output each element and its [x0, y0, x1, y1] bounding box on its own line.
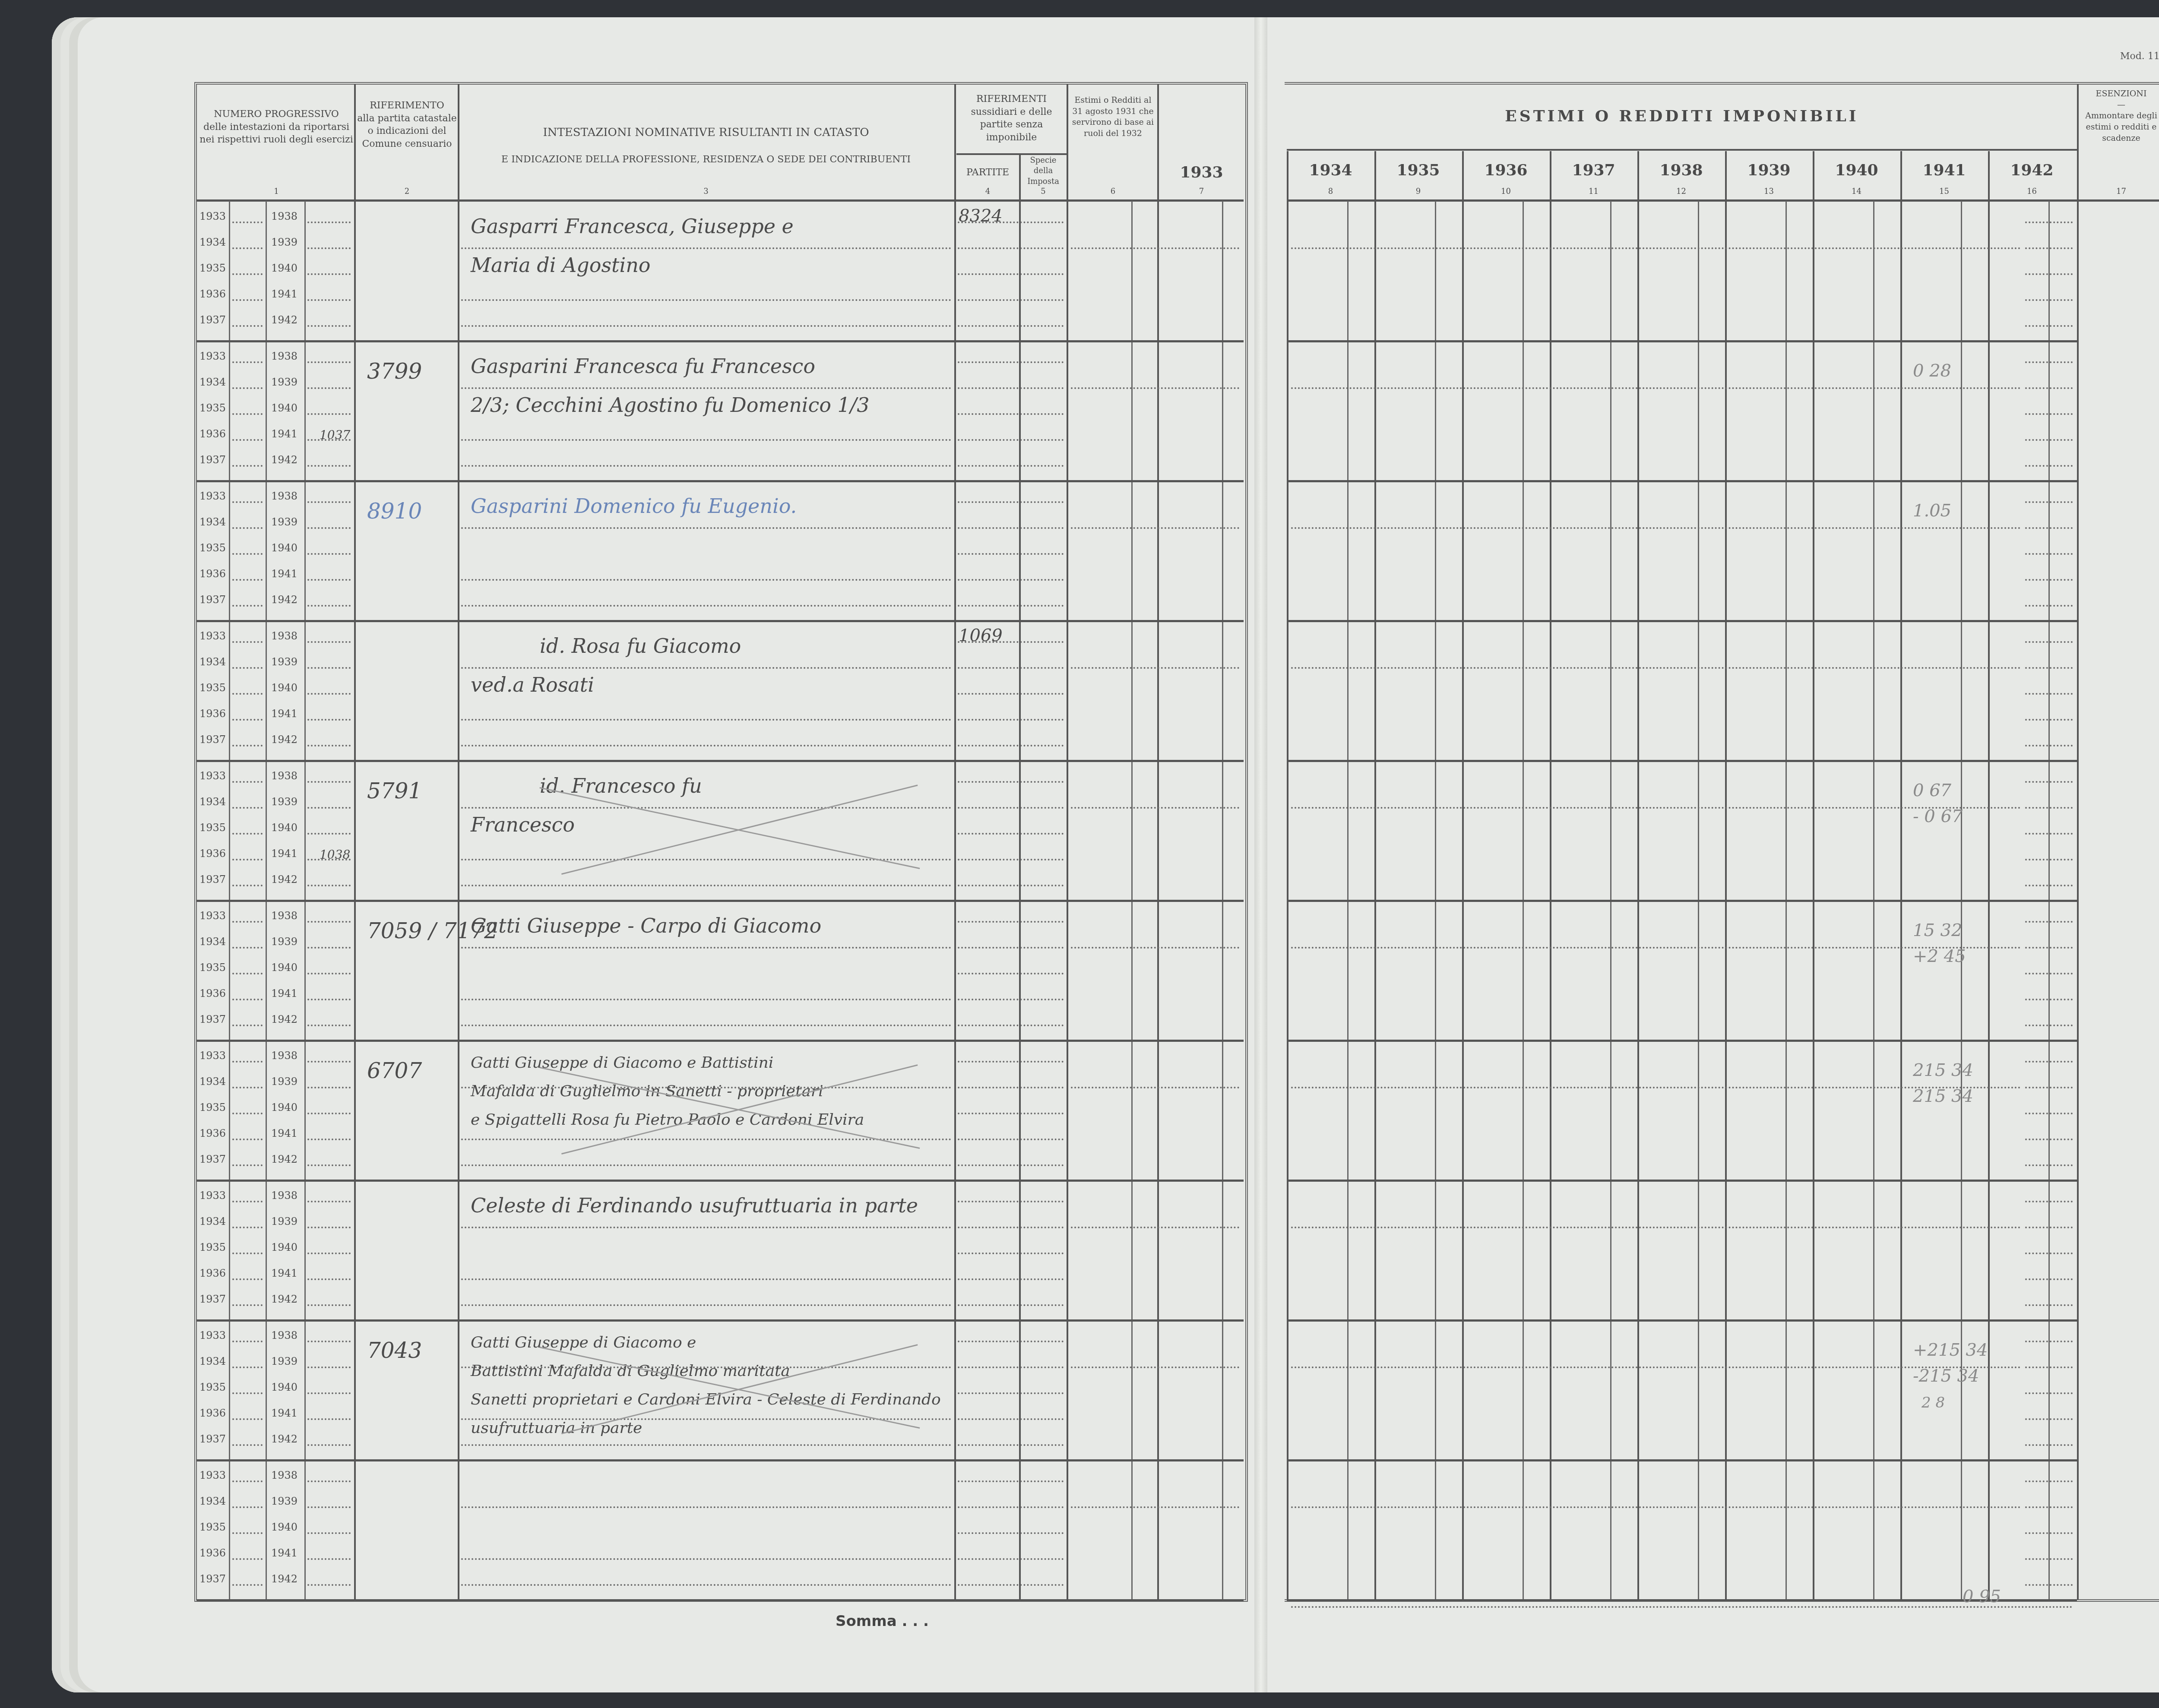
dotted-line	[307, 1201, 351, 1202]
name-guide-line	[461, 325, 951, 327]
dotted-line	[2025, 501, 2073, 503]
dotted-line	[958, 1139, 1064, 1140]
dotted-line	[2025, 947, 2073, 949]
year-label: 1938	[271, 1469, 298, 1481]
dotted-line	[2025, 667, 2073, 669]
dotted-line	[232, 719, 263, 721]
dotted-line	[232, 1558, 263, 1560]
year-col-number: 9	[1374, 187, 1462, 197]
year-label: 1939	[271, 236, 298, 248]
dotted-line	[2025, 1392, 2073, 1394]
dotted-line	[958, 1444, 1064, 1446]
year-label: 1933	[199, 350, 226, 362]
entry-divider	[1287, 620, 2077, 622]
year-label: 1938	[271, 1050, 298, 1062]
dotted-line	[958, 833, 1064, 835]
dotted-line	[307, 1366, 351, 1368]
dotted-line	[232, 1444, 263, 1446]
dotted-line	[307, 973, 351, 974]
somma-value-1941: 0 95	[1963, 1587, 2001, 1607]
name-guide-line	[461, 387, 951, 389]
dotted-line	[232, 1087, 263, 1088]
year-label: 1934	[199, 236, 226, 248]
dotted-line	[307, 605, 351, 607]
dotted-line	[1291, 947, 2021, 949]
year-label: 1934	[199, 516, 226, 528]
dotted-line	[2025, 807, 2073, 809]
name-guide-line	[461, 745, 951, 746]
right-table-frame	[1285, 82, 2159, 1602]
dotted-line	[958, 1341, 1064, 1342]
dotted-line	[307, 1418, 351, 1420]
entry-divider	[1287, 1040, 2077, 1042]
dotted-line	[1071, 1087, 1239, 1088]
year-label: 1942	[271, 1573, 298, 1585]
col-line	[354, 84, 356, 1600]
year-label: 1941	[271, 987, 298, 999]
year-label: 1941	[271, 288, 298, 300]
taxpayer-name-line: ved.a Rosati	[471, 673, 594, 696]
value-1941-adjustment: - 0 67	[1913, 807, 1963, 826]
dotted-line	[232, 1532, 263, 1534]
dotted-line	[307, 1113, 351, 1114]
entry-divider	[1287, 340, 2077, 342]
name-guide-line	[461, 1304, 951, 1306]
dotted-line	[2025, 579, 2073, 581]
entry-divider	[196, 340, 1244, 342]
col-line	[954, 84, 956, 1600]
dotted-line	[307, 387, 351, 389]
year-label: 1938	[271, 630, 298, 642]
dotted-line	[307, 1480, 351, 1482]
year-label: 1934	[199, 1215, 226, 1227]
partita-reference: 6707	[367, 1058, 422, 1083]
year-label: 1936	[199, 1547, 226, 1559]
name-guide-line	[461, 465, 951, 467]
dotted-line	[2025, 999, 2073, 1000]
dotted-line	[307, 1584, 351, 1586]
taxpayer-name-line: Gasparini Francesca fu Francesco	[471, 354, 815, 378]
dotted-line	[958, 885, 1064, 886]
year-label: 1941	[271, 1267, 298, 1279]
taxpayer-name-line: Celeste di Ferdinando usufruttuaria in p…	[471, 1194, 918, 1217]
dotted-line	[1291, 247, 2021, 249]
dotted-line	[2025, 885, 2073, 886]
year-label: 1937	[199, 314, 226, 326]
col1-sub: delle intestazioni da riportarsi nei ris…	[199, 121, 354, 146]
esenzioni-header: ESENZIONI — Ammontare degli estimi o red…	[2079, 89, 2159, 144]
dotted-line	[232, 527, 263, 529]
dotted-line	[232, 1139, 263, 1140]
dotted-line	[1291, 387, 2021, 389]
dotted-line	[2025, 325, 2073, 327]
dotted-line	[1291, 667, 2021, 669]
dotted-line	[958, 921, 1064, 923]
taxpayer-name-line: 2/3; Cecchini Agostino fu Domenico 1/3	[471, 393, 870, 417]
entry-divider	[1287, 1599, 2077, 1601]
col7-year-1933: 1933	[1159, 162, 1244, 183]
dotted-line	[1291, 1506, 2021, 1508]
dotted-line	[307, 641, 351, 643]
year-label: 1934	[199, 936, 226, 948]
year-label: 1937	[199, 454, 226, 466]
dotted-line	[2025, 1113, 2073, 1114]
year-label: 1935	[199, 1521, 226, 1533]
dotted-line	[307, 1278, 351, 1280]
dotted-line	[232, 693, 263, 695]
entry-divider	[196, 1040, 1244, 1042]
year-label: 1935	[199, 962, 226, 974]
name-guide-line	[461, 579, 951, 581]
dotted-line	[232, 745, 263, 746]
year-label: 1934	[199, 1355, 226, 1367]
year-label: 1935	[199, 262, 226, 274]
year-label: 1940	[271, 1381, 298, 1393]
dotted-line	[232, 579, 263, 581]
entry-divider	[1287, 1180, 2077, 1182]
dotted-line	[958, 1532, 1064, 1534]
dotted-line	[2025, 273, 2073, 275]
value-1941-result: 2 8	[1922, 1394, 1945, 1411]
year-label: 1941	[271, 1407, 298, 1419]
year-label: 1939	[271, 376, 298, 388]
estimi-group-title: ESTIMI O REDDITI IMPONIBILI	[1287, 106, 2077, 127]
year-header-1942: 1942	[1988, 160, 2076, 181]
year-label: 1942	[271, 1153, 298, 1165]
partite-value: 1069	[959, 626, 1003, 645]
year-label: 1937	[199, 873, 226, 886]
value-1941: +215 34	[1913, 1340, 1988, 1360]
entry-divider	[196, 620, 1244, 622]
year-label: 1941	[271, 708, 298, 720]
dotted-line	[307, 273, 351, 275]
name-guide-line	[461, 885, 951, 886]
col1-number: 1	[199, 187, 354, 197]
dotted-line	[307, 501, 351, 503]
value-1941: 0 67	[1913, 781, 1951, 800]
dotted-line	[2025, 973, 2073, 974]
header-divider	[1287, 199, 2159, 202]
dotted-line	[307, 693, 351, 695]
col3-title: INTESTAZIONI NOMINATIVE RISULTANTI IN CA…	[460, 125, 952, 140]
entry-divider	[196, 480, 1244, 482]
year-label: 1934	[199, 1495, 226, 1507]
year-label: 1934	[199, 796, 226, 808]
entry-divider	[196, 1319, 1244, 1322]
taxpayer-name-line: Gatti Giuseppe di Giacomo e	[471, 1334, 696, 1351]
name-guide-line	[461, 1584, 951, 1586]
year-header-1939: 1939	[1725, 160, 1813, 181]
dotted-line	[1071, 667, 1239, 669]
col-line	[1287, 151, 1288, 1600]
year-label: 1935	[199, 1241, 226, 1253]
year-label: 1936	[199, 568, 226, 580]
year-label: 1937	[199, 594, 226, 606]
dotted-line	[958, 1113, 1064, 1114]
dotted-line	[2025, 1087, 2073, 1088]
partite-value: 8324	[959, 206, 1003, 226]
dotted-line	[232, 859, 263, 860]
dotted-line	[232, 553, 263, 555]
dotted-line	[1071, 1366, 1239, 1368]
dotted-line	[1291, 1366, 2021, 1368]
dotted-line	[1291, 807, 2021, 809]
dotted-line	[1071, 527, 1239, 529]
dotted-line	[2025, 553, 2073, 555]
dotted-line	[2025, 247, 2073, 249]
year-label: 1934	[199, 656, 226, 668]
col-line	[1462, 151, 1464, 1600]
year-label: 1940	[271, 1241, 298, 1253]
dotted-line	[232, 1480, 263, 1482]
dotted-line	[958, 1366, 1064, 1368]
name-guide-line	[461, 605, 951, 607]
dotted-line	[307, 1532, 351, 1534]
dotted-line	[2025, 1532, 2073, 1534]
year-col-number: 16	[1988, 187, 2076, 197]
year-label: 1936	[199, 288, 226, 300]
dotted-line	[232, 361, 263, 363]
name-guide-line	[461, 1444, 951, 1446]
dotted-line	[1071, 1506, 1239, 1508]
year-label: 1941	[271, 848, 298, 860]
dotted-line	[2025, 1558, 2073, 1560]
value-1941-adjustment: -215 34	[1913, 1366, 1979, 1386]
name-guide-line	[461, 667, 951, 669]
year-label: 1933	[199, 490, 226, 502]
col-line	[1019, 153, 1021, 1600]
dotted-line	[1071, 1227, 1239, 1228]
year-label: 1935	[199, 822, 226, 834]
dotted-line	[958, 325, 1064, 327]
taxpayer-name-line: Francesco	[471, 813, 575, 836]
dotted-line	[958, 299, 1064, 301]
taxpayer-name-line: Sanetti proprietari e Cardoni Elvira - C…	[471, 1391, 941, 1408]
year-col-number: 8	[1287, 187, 1374, 197]
dotted-line	[958, 781, 1064, 783]
dotted-line	[232, 1366, 263, 1368]
year-label: 1936	[199, 1127, 226, 1139]
dotted-line	[232, 999, 263, 1000]
dotted-line	[958, 859, 1064, 860]
dotted-line	[232, 973, 263, 974]
col2-title: RIFERIMENTO	[356, 99, 458, 112]
year-col-number: 13	[1725, 187, 1813, 197]
col-line	[2077, 84, 2079, 1600]
year-label: 1942	[271, 454, 298, 466]
esenzioni-title: ESENZIONI	[2079, 89, 2159, 100]
dotted-line	[958, 1025, 1064, 1026]
year-label: 1940	[271, 682, 298, 694]
dotted-line	[232, 1164, 263, 1166]
col1-header: NUMERO PROGRESSIVO delle intestazioni da…	[199, 108, 354, 146]
year-label: 1937	[199, 1013, 226, 1025]
dotted-line	[1291, 1227, 2021, 1228]
dotted-line	[958, 667, 1064, 669]
taxpayer-name-line: Mafalda di Guglielmo in Sanetti - propri…	[471, 1082, 823, 1100]
dotted-line	[2025, 465, 2073, 467]
dotted-line	[232, 1278, 263, 1280]
taxpayer-name-line: Maria di Agostino	[471, 253, 651, 277]
taxpayer-name-line: Gasparini Domenico fu Eugenio.	[471, 494, 797, 518]
dotted-line	[232, 807, 263, 809]
year-header-1938: 1938	[1637, 160, 1725, 181]
taxpayer-name-line: Gasparri Francesca, Giuseppe e	[471, 215, 794, 238]
taxpayer-name-line: usufruttuaria in parte	[471, 1419, 642, 1437]
somma-label: Somma . . .	[836, 1613, 929, 1630]
year-label: 1933	[199, 1469, 226, 1481]
value-1941: 15 32	[1913, 920, 1963, 940]
dotted-line	[958, 973, 1064, 974]
year-label: 1942	[271, 1433, 298, 1445]
year-col-number: 15	[1900, 187, 1988, 197]
dotted-line	[307, 1025, 351, 1026]
name-guide-line	[461, 719, 951, 721]
col45-title: RIFERIMENTI	[956, 93, 1067, 106]
entry-divider	[196, 900, 1244, 902]
dotted-line	[2025, 527, 2073, 529]
dotted-line	[2025, 413, 2073, 415]
dotted-line	[1071, 387, 1239, 389]
year-label: 1935	[199, 402, 226, 414]
year-label: 1936	[199, 1267, 226, 1279]
col6-number: 6	[1069, 187, 1157, 197]
dotted-line	[232, 885, 263, 886]
dotted-line	[2025, 1506, 2073, 1508]
entry-divider	[196, 1180, 1244, 1182]
year-label: 1934	[199, 376, 226, 388]
dotted-line	[307, 527, 351, 529]
dotted-line	[2025, 1304, 2073, 1306]
year-label: 1936	[199, 848, 226, 860]
dotted-line	[2025, 719, 2073, 721]
name-guide-line	[461, 1164, 951, 1166]
dotted-line	[307, 781, 351, 783]
col-line	[1067, 84, 1068, 1600]
year-label: 1938	[271, 910, 298, 922]
dotted-line	[232, 273, 263, 275]
dotted-line	[958, 1558, 1064, 1560]
dotted-line	[307, 325, 351, 327]
entry-divider	[196, 1459, 1244, 1461]
dotted-line	[2025, 745, 2073, 746]
year-label: 1941	[271, 428, 298, 440]
dotted-line	[307, 1304, 351, 1306]
dotted-line	[232, 1253, 263, 1254]
dotted-line	[307, 553, 351, 555]
dotted-line	[307, 745, 351, 746]
col2-number: 2	[356, 187, 458, 197]
dotted-line	[1291, 527, 2021, 529]
year-header-1936: 1936	[1462, 160, 1550, 181]
dotted-line	[2025, 1253, 2073, 1254]
taxpayer-name-line: e Spigattelli Rosa fu Pietro Paolo e Car…	[471, 1111, 864, 1129]
year-label: 1939	[271, 796, 298, 808]
dotted-line	[958, 605, 1064, 607]
dotted-line	[2025, 1341, 2073, 1342]
col3-sub: E INDICAZIONE DELLA PROFESSIONE, RESIDEN…	[460, 153, 952, 166]
dotted-line	[958, 1278, 1064, 1280]
dotted-line	[232, 781, 263, 783]
dotted-line	[958, 439, 1064, 441]
dotted-line	[958, 947, 1064, 949]
dotted-line	[958, 1506, 1064, 1508]
year-label: 1938	[271, 490, 298, 502]
group-divider	[1287, 149, 2077, 151]
dotted-line	[958, 553, 1064, 555]
year-label: 1935	[199, 1381, 226, 1393]
dotted-line	[307, 833, 351, 835]
dotted-line	[307, 1444, 351, 1446]
col5-number: 5	[1020, 187, 1067, 197]
col7-number: 7	[1159, 187, 1244, 197]
entry-divider	[196, 760, 1244, 762]
year-label: 1940	[271, 1101, 298, 1113]
col2-sub: alla partita catastale o indicazioni del…	[356, 112, 458, 151]
year-col-number: 12	[1637, 187, 1725, 197]
name-guide-line	[461, 1227, 951, 1228]
dotted-line	[307, 1392, 351, 1394]
entry-divider	[1287, 900, 2077, 902]
dotted-line	[232, 413, 263, 415]
dotted-line	[2025, 781, 2073, 783]
dotted-line	[2025, 921, 2073, 923]
dotted-line	[232, 1584, 263, 1586]
dotted-line	[307, 1164, 351, 1166]
dotted-line	[958, 247, 1064, 249]
col-line	[1725, 151, 1727, 1600]
taxpayer-name-line: id. Rosa fu Giacomo	[540, 634, 741, 658]
year-label: 1942	[271, 314, 298, 326]
dotted-line	[307, 247, 351, 249]
dotted-line	[307, 1087, 351, 1088]
year-label: 1933	[199, 210, 226, 222]
dotted-line	[958, 1418, 1064, 1420]
dotted-line	[232, 1025, 263, 1026]
entry-divider	[1287, 480, 2077, 482]
dotted-line	[232, 221, 263, 223]
year-header-1941: 1941	[1900, 160, 1988, 181]
year-label: 1938	[271, 210, 298, 222]
dotted-line	[232, 605, 263, 607]
dotted-line	[232, 465, 263, 467]
year-label: 1941	[271, 1127, 298, 1139]
year-label: 1938	[271, 350, 298, 362]
col45-sub: sussidiari e delle partite senza imponib…	[956, 106, 1067, 144]
dotted-line	[958, 745, 1064, 746]
dotted-line	[232, 439, 263, 441]
dotted-line	[958, 693, 1064, 695]
year-header-1935: 1935	[1374, 160, 1462, 181]
year-label: 1938	[271, 1189, 298, 1202]
specie-header: Specie della Imposta	[1020, 155, 1067, 187]
year-label: 1933	[199, 1189, 226, 1202]
col-line	[1374, 151, 1376, 1600]
year-label: 1936	[199, 987, 226, 999]
dotted-line	[958, 1392, 1064, 1394]
dotted-line	[307, 719, 351, 721]
year-header-1937: 1937	[1550, 160, 1637, 181]
year-label: 1935	[199, 542, 226, 554]
year-label: 1942	[271, 734, 298, 746]
dotted-line	[307, 1506, 351, 1508]
side-note: 1037	[320, 428, 350, 442]
dotted-line	[1071, 947, 1239, 949]
dotted-line	[2025, 221, 2073, 223]
partite-header: PARTITE	[956, 166, 1019, 179]
subheader-divider	[956, 153, 1067, 155]
col3-number: 3	[460, 187, 952, 197]
